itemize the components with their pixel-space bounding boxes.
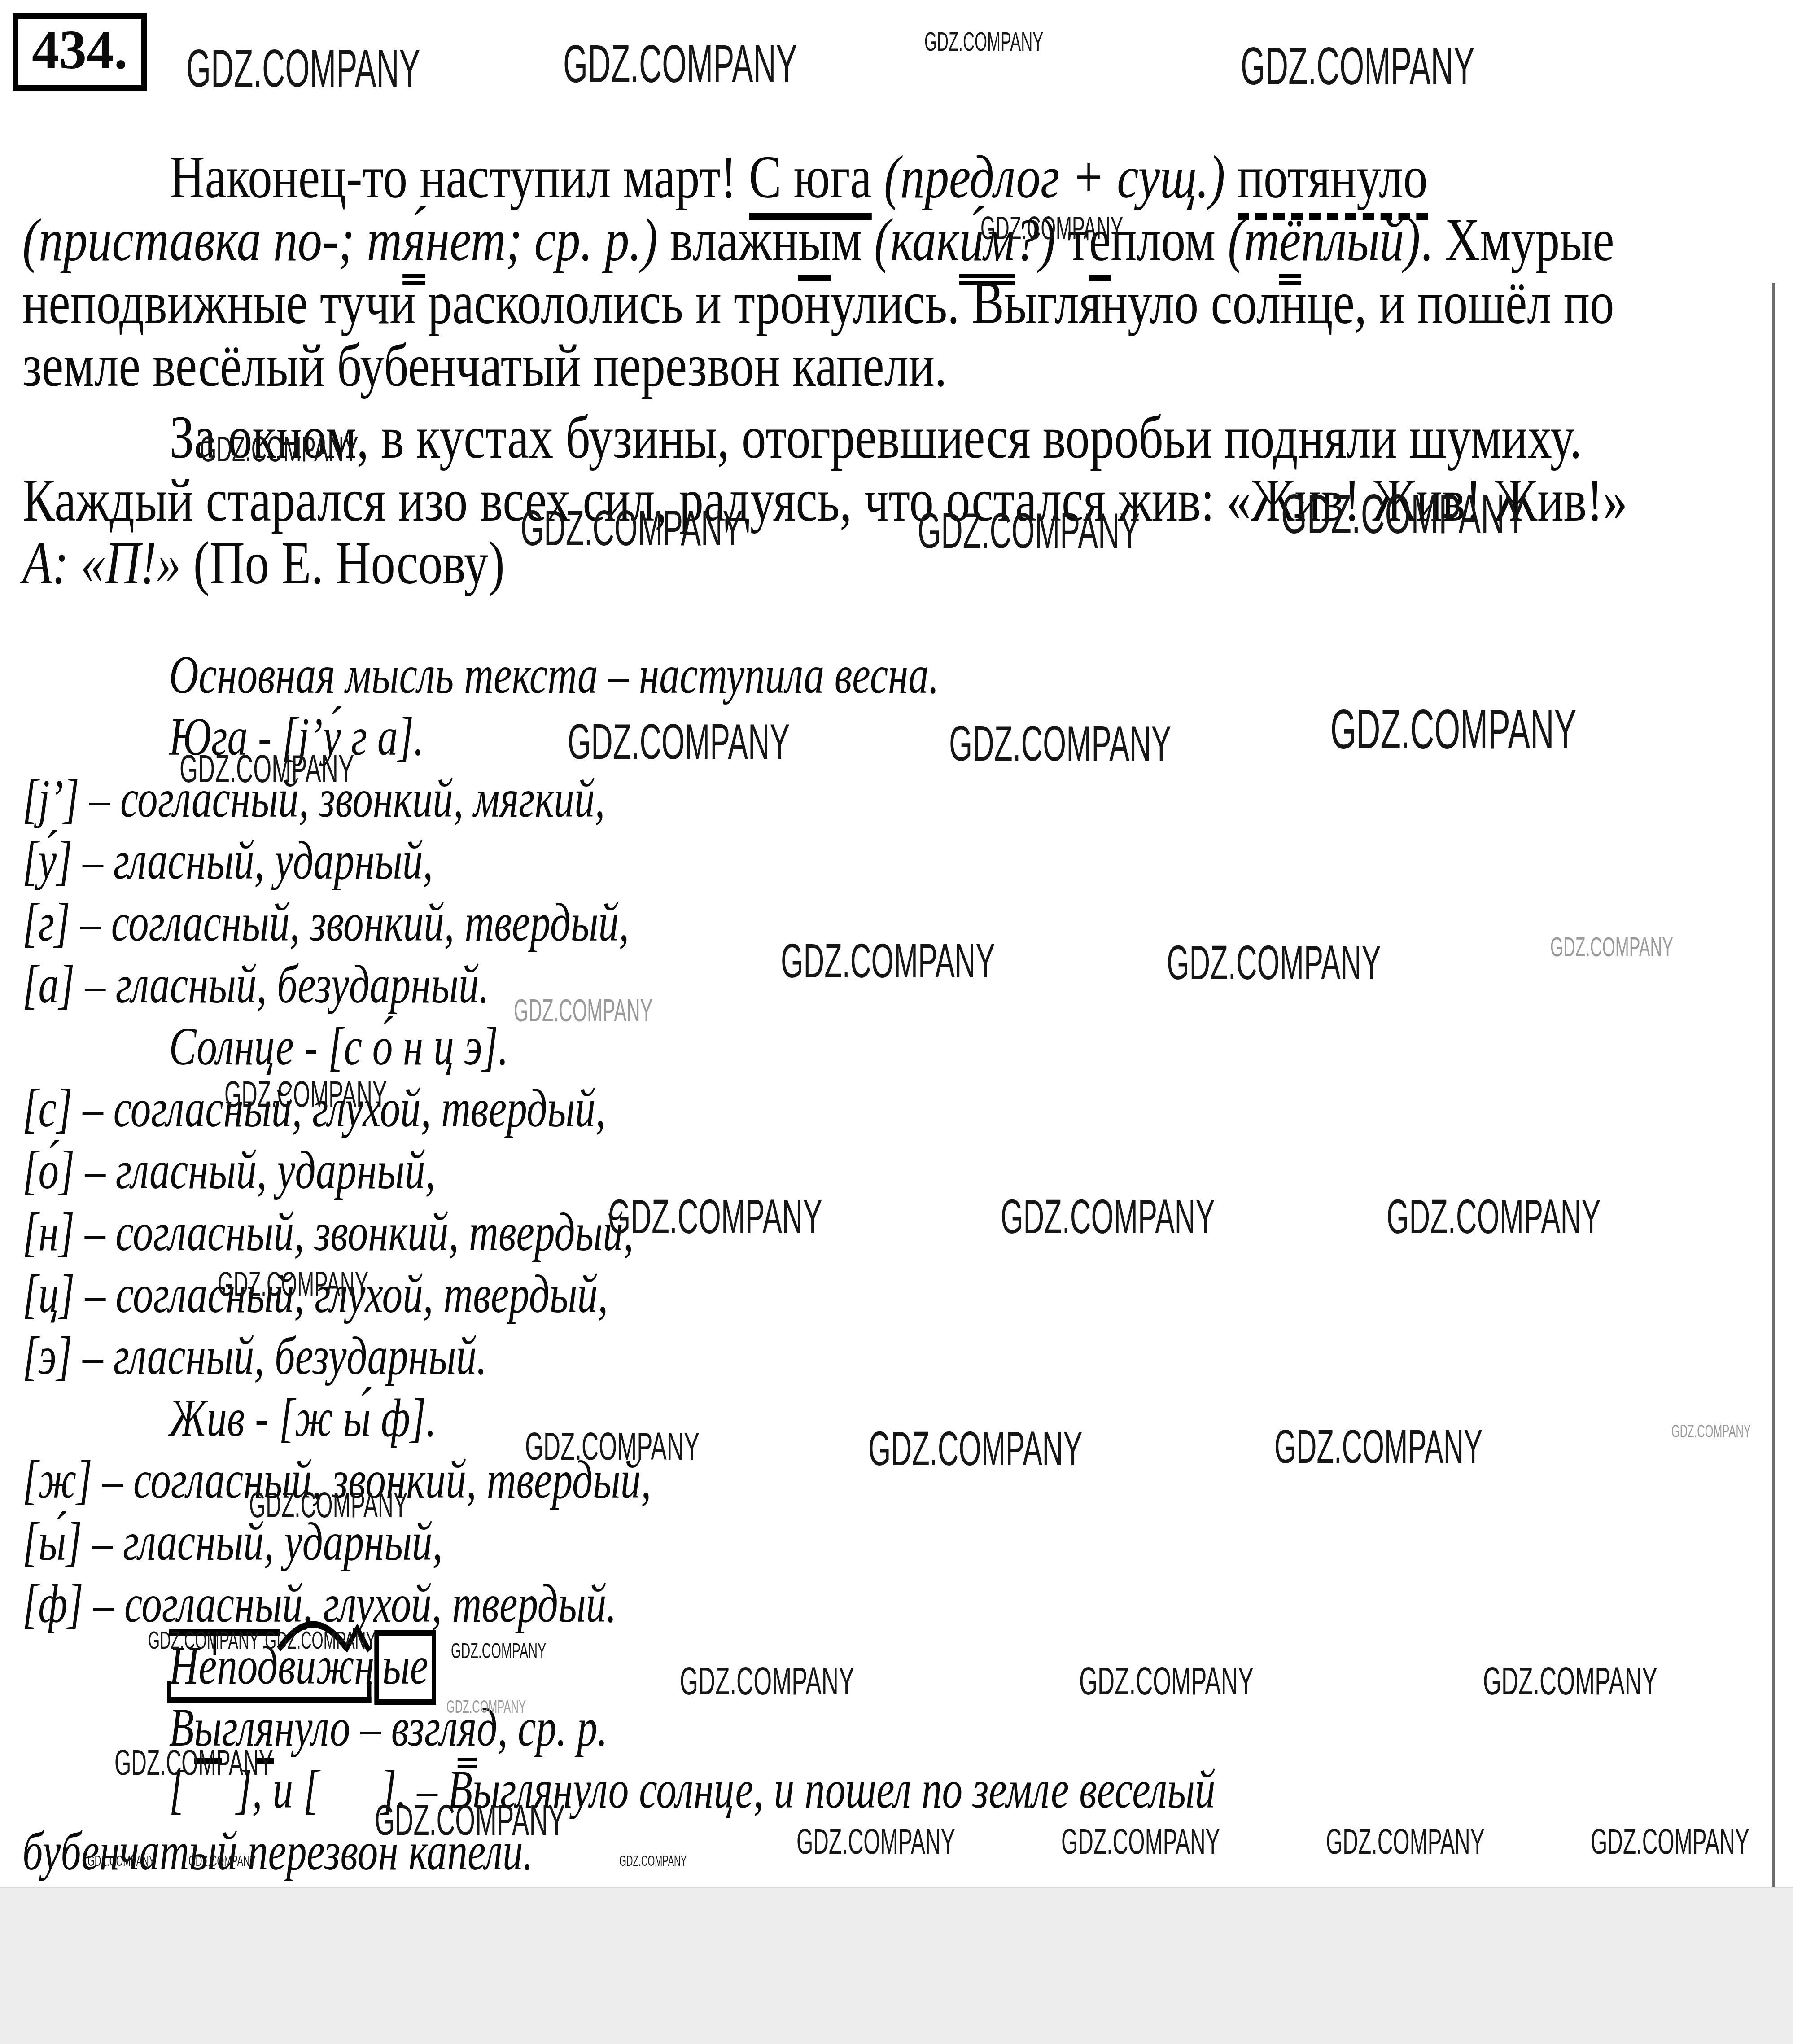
watermark: GDZ.COMPANY (514, 993, 653, 1029)
stem-bracket (167, 1681, 371, 1703)
text-segment: нет; ср. р.) (425, 206, 658, 274)
watermark: GDZ.COMPANY (265, 1625, 376, 1654)
watermark: GDZ.COMPANY (179, 746, 354, 792)
text-segment: (как (874, 206, 959, 274)
watermark: GDZ.COMPANY (1386, 1188, 1601, 1244)
text-segment: Наконец-то наступил март! (170, 144, 749, 211)
watermark: GDZ.COMPANY (608, 1188, 822, 1244)
watermark: GDZ.COMPANY (148, 1625, 259, 1654)
watermark: GDZ.COMPANY (1330, 698, 1576, 762)
paragraph-1-line-3: неподвижные тучи раскололись и тронулись… (22, 271, 1614, 334)
watermark: GDZ.COMPANY (249, 1484, 408, 1526)
text-segment: (предлог + сущ.) (884, 144, 1225, 211)
watermark: GDZ.COMPANY (1483, 1658, 1657, 1704)
text-segment: . Хмурые (1420, 206, 1614, 274)
watermark: GDZ.COMPANY (1241, 36, 1475, 97)
text-segment: А: «П!» (22, 530, 181, 597)
paragraph-1-line-1: Наконец-то наступил март! С юга (предлог… (22, 146, 1614, 209)
text-segment: плом (1111, 206, 1228, 274)
watermark: GDZ.COMPANY (451, 1639, 546, 1663)
exercise-number-box: 434. (13, 13, 147, 91)
text-segment: м (831, 206, 874, 274)
watermark: GDZ.COMPANY (1281, 482, 1527, 546)
watermark: GDZ.COMPANY (568, 713, 790, 770)
text-segment: нуло (274, 1698, 350, 1757)
watermark: GDZ.COMPANY (796, 1821, 955, 1862)
text-segment: плый) (1301, 206, 1420, 274)
watermark: GDZ.COMPANY (218, 1265, 368, 1304)
text-segment: влажн (658, 206, 798, 274)
watermark: GDZ.COMPANY (200, 429, 359, 470)
watermark: GDZ.COMPANY (520, 499, 743, 557)
watermark: GDZ.COMPANY (619, 1852, 687, 1870)
main-idea-line: Основная мысль текста – наступила весна. (22, 644, 1216, 706)
text-segment: (По Е. Носову) (181, 530, 505, 597)
watermark: GDZ.COMPANY (1061, 1821, 1220, 1862)
watermark: GDZ.COMPANY (1001, 1188, 1215, 1244)
watermark: GDZ.COMPANY (949, 714, 1171, 772)
watermark: GDZ.COMPANY (980, 210, 1123, 247)
watermark: GDZ.COMPANY (924, 26, 1043, 57)
watermark: GDZ.COMPANY (1550, 931, 1673, 963)
paragraph-1-line-4: земле весёлый бубенчатый перезвон капели… (22, 334, 1614, 397)
watermark: GDZ.COMPANY (1079, 1658, 1254, 1704)
text-segment: (приставка по-; т (22, 206, 402, 274)
watermark: GDZ.COMPANY (918, 502, 1140, 560)
solnce-item: [э] – гласный, безударный. (22, 1325, 1216, 1387)
watermark: GDZ.COMPANY (186, 38, 420, 99)
text-segment: (т (1228, 206, 1279, 274)
watermark: GDZ.COMPANY (868, 1420, 1083, 1476)
scheme-line-2: бубенчатый перезвон капели. (22, 1821, 1216, 1882)
watermark: GDZ.COMPANY (375, 1796, 565, 1845)
watermark: GDZ.COMPANY (224, 1073, 387, 1116)
footer-band (0, 1887, 1793, 2044)
zhiv-item: [ы́] – гласный, ударный, (22, 1511, 1216, 1573)
watermark: GDZ.COMPANY (1167, 934, 1381, 990)
morpheme-ending-box: ые (375, 1630, 436, 1705)
solnce-item: [ц] – согласный, глухой, твердый, (22, 1263, 1216, 1325)
watermark: GDZ.COMPANY (525, 1423, 700, 1469)
watermark: GDZ.COMPANY (446, 1697, 526, 1717)
watermark: GDZ.COMPANY (1274, 1420, 1483, 1474)
text-segment (1225, 144, 1238, 211)
watermark: GDZ.COMPANY (781, 932, 995, 989)
yuga-item: [г] – согласный, звонкий, твердый, (22, 892, 1216, 954)
watermark: GDZ.COMPANY (188, 1852, 256, 1870)
solnce-item: [с] – согласный, глухой, твердый, (22, 1077, 1216, 1139)
watermark: GDZ.COMPANY (1326, 1821, 1485, 1862)
watermark: GDZ.COMPANY (680, 1658, 854, 1704)
watermark: GDZ.COMPANY (87, 1852, 155, 1870)
watermark: GDZ.COMPANY (1591, 1821, 1749, 1862)
paragraph-1-line-2: (приставка по-; тя́нет; ср. р.) влажным … (22, 209, 1614, 271)
watermark: GDZ.COMPANY (1671, 1422, 1751, 1442)
paragraph-1: Наконец-то наступил март! С юга (предлог… (22, 146, 1793, 397)
text-segment: – взгл (350, 1698, 458, 1757)
watermark: GDZ.COMPANY (563, 34, 797, 95)
page: { "watermark_text": "GDZ.COMPANY", "exer… (0, 0, 1793, 2044)
scan-edge-line (1772, 283, 1775, 1887)
text-segment (872, 144, 884, 211)
watermark: GDZ.COMPANY (114, 1742, 273, 1783)
yuga-item: [у́] – гласный, ударный, (22, 830, 1216, 892)
